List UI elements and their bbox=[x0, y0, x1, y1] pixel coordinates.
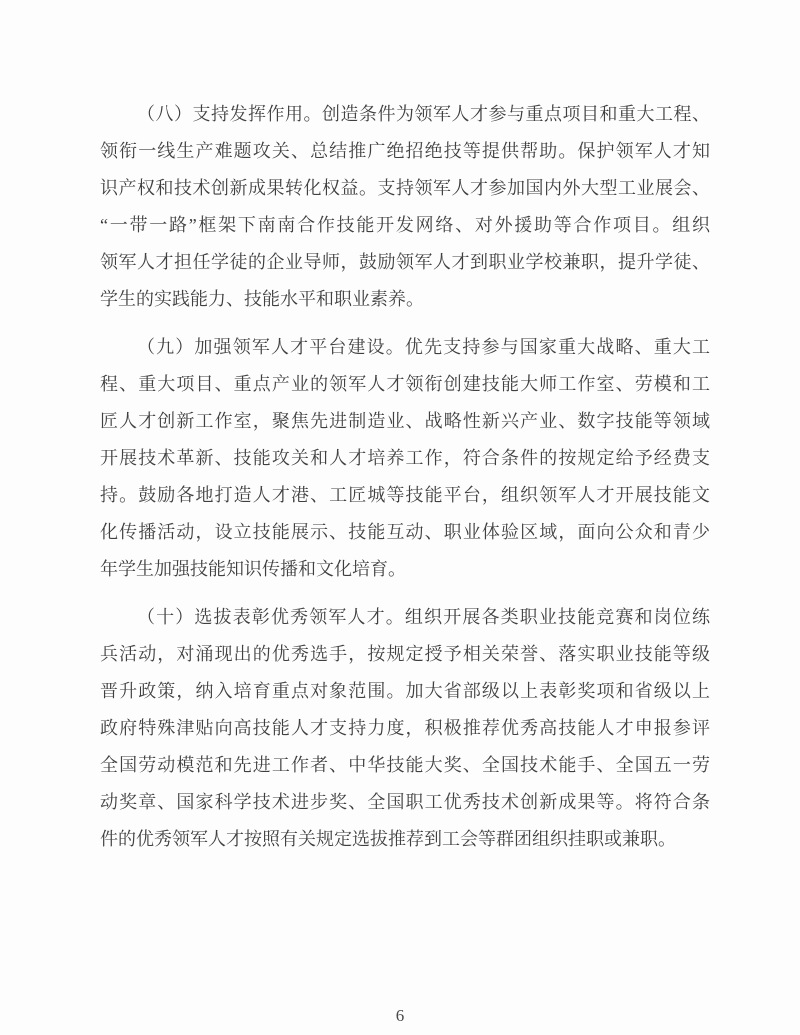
paragraph-item-8: （八）支持发挥作用。创造条件为领军人才参与重点项目和重大工程、领衔一线生产难题攻… bbox=[100, 96, 710, 318]
text-line: 持。鼓励各地打造人才港、工匠城等技能平台，组织领军人才开展技能文 bbox=[100, 477, 710, 514]
text-line: 年学生加强技能知识传播和文化培育。 bbox=[100, 551, 710, 588]
text-line: （十）选拔表彰优秀领军人才。组织开展各类职业技能竞赛和岗位练 bbox=[100, 599, 710, 636]
text-line: 政府特殊津贴向高技能人才支持力度，积极推荐优秀高技能人才申报参评 bbox=[100, 710, 710, 747]
paragraph-item-10: （十）选拔表彰优秀领军人才。组织开展各类职业技能竞赛和岗位练兵活动，对涌现出的优… bbox=[100, 599, 710, 858]
page-footer: 6 bbox=[0, 1006, 800, 1026]
text-line: 匠人才创新工作室，聚焦先进制造业、战略性新兴产业、数字技能等领域 bbox=[100, 403, 710, 440]
document-page: （八）支持发挥作用。创造条件为领军人才参与重点项目和重大工程、领衔一线生产难题攻… bbox=[0, 0, 800, 1035]
text-line: 开展技术革新、技能攻关和人才培养工作，符合条件的按规定给予经费支 bbox=[100, 440, 710, 477]
text-line: 识产权和技术创新成果转化权益。支持领军人才参加国内外大型工业展会、 bbox=[100, 170, 710, 207]
text-line: 程、重大项目、重点产业的领军人才领衔创建技能大师工作室、劳模和工 bbox=[100, 366, 710, 403]
text-line: 领军人才担任学徒的企业导师，鼓励领军人才到职业学校兼职，提升学徒、 bbox=[100, 244, 710, 281]
text-line: （九）加强领军人才平台建设。优先支持参与国家重大战略、重大工 bbox=[100, 329, 710, 366]
text-line: 晋升政策，纳入培育重点对象范围。加大省部级以上表彰奖项和省级以上 bbox=[100, 673, 710, 710]
text-line: 动奖章、国家科学技术进步奖、全国职工优秀技术创新成果等。将符合条 bbox=[100, 784, 710, 821]
text-line: 化传播活动，设立技能展示、技能互动、职业体验区域，面向公众和青少 bbox=[100, 514, 710, 551]
page-number: 6 bbox=[396, 1006, 405, 1025]
text-line: 件的优秀领军人才按照有关规定选拔推荐到工会等群团组织挂职或兼职。 bbox=[100, 821, 710, 858]
text-line: （八）支持发挥作用。创造条件为领军人才参与重点项目和重大工程、 bbox=[100, 96, 710, 133]
text-line: 学生的实践能力、技能水平和职业素养。 bbox=[100, 281, 710, 318]
text-line: 全国劳动模范和先进工作者、中华技能大奖、全国技术能手、全国五一劳 bbox=[100, 747, 710, 784]
text-line: 领衔一线生产难题攻关、总结推广绝招绝技等提供帮助。保护领军人才知 bbox=[100, 133, 710, 170]
text-line: 兵活动，对涌现出的优秀选手，按规定授予相关荣誉、落实职业技能等级 bbox=[100, 636, 710, 673]
text-line: “一带一路”框架下南南合作技能开发网络、对外援助等合作项目。组织 bbox=[100, 207, 710, 244]
paragraph-item-9: （九）加强领军人才平台建设。优先支持参与国家重大战略、重大工程、重大项目、重点产… bbox=[100, 329, 710, 588]
document-body: （八）支持发挥作用。创造条件为领军人才参与重点项目和重大工程、领衔一线生产难题攻… bbox=[100, 96, 710, 869]
